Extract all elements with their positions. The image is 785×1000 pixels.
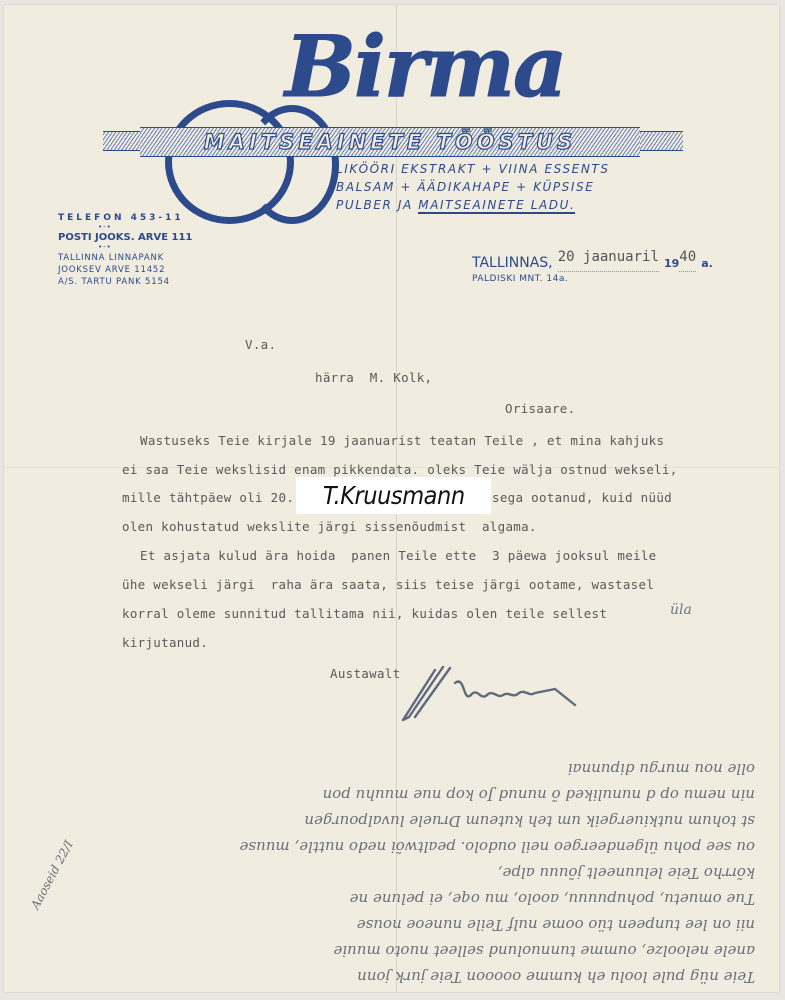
signature (395, 665, 595, 725)
recipient-place: Orisaare. (505, 401, 575, 416)
recipient-name: härra M. Kolk, (315, 370, 432, 385)
bank-line: TALLINNA LINNAPANK (58, 252, 208, 264)
note-line: ou see pohu ülgendeergeo neil oudolo. pe… (95, 834, 755, 860)
note-line: st tohum nutkiuergeik um teh kuteum Drue… (95, 808, 755, 834)
redaction-label: T.Kruusmann (296, 477, 491, 514)
note-line: nin nemu op d nunuliked õ nunud Jo kop n… (95, 782, 755, 808)
letterhead-banner: MAITSEAINETE TÖÖSTUS (140, 127, 640, 157)
body-line: Et asjata kulud ära hoida panen Teile et… (140, 548, 657, 563)
brand-name: Birma (285, 25, 565, 109)
product-line: BALSAM + ÄÄDIKAHAPE + KÜPSISE (336, 178, 636, 196)
date-year: 40 (679, 249, 696, 265)
redaction-text: T.Kruusmann (323, 481, 465, 510)
note-line: olle nou murgu dipunnai (95, 756, 755, 782)
body-line: mille tähtpäew oli 20. (122, 490, 294, 505)
body-line: ei saa Teie wekslisid enam pikkendata. o… (122, 462, 678, 477)
note-line: Teie nüg pule loolu eh kumme ooooon Teie… (95, 964, 755, 990)
body-line: kirjutanud. (122, 635, 208, 650)
product-line: LIKÖÖRI EKSTRAKT + VIINA ESSENTS (336, 160, 636, 178)
body-line: ühe wekseli järgi raha ära saata, siis t… (122, 577, 654, 592)
date-day-month: 20 jaanuaril (558, 249, 659, 265)
body-line: olen kohustatud wekslite järgi sissenõud… (122, 519, 537, 534)
separator: •-• (98, 243, 208, 252)
product-line: PULBER JA MAITSEAINETE LADU. (336, 196, 636, 214)
contact-block: TELEFON 453-11 •-• POSTI JOOKS. ARVE 111… (58, 213, 208, 288)
bank-line: JOOKSEV ARVE 11452 (58, 264, 208, 276)
bank-line: A/S. TARTU PANK 5154 (58, 276, 208, 288)
note-line: kõrrho Teie leluuneelt jõuuu alpe, (95, 860, 755, 886)
recipient-prefix: V.a. (245, 337, 276, 352)
warehouse-label: MAITSEAINETE LADU. (418, 198, 575, 214)
handwritten-insert: üla (670, 602, 692, 618)
logo-flourish-loop (245, 105, 339, 224)
body-line: Wastuseks Teie kirjale 19 jaanuarist tea… (140, 433, 664, 448)
banner-extension-right (638, 131, 683, 151)
telephone: TELEFON 453-11 (58, 213, 208, 223)
banner-extension-left (103, 131, 143, 151)
city: TALLINNAS, (472, 255, 553, 271)
street-address: PALDISKI MNT. 14a. (472, 274, 713, 284)
place-date: TALLINNAS, 20 jaanuaril 1940 a. PALDISKI… (472, 252, 713, 284)
date-century: 19 (664, 257, 679, 270)
body-line: sega ootanud, kuid nüüd (492, 490, 672, 505)
postal-account: POSTI JOOKS. ARVE 111 (58, 232, 208, 243)
separator: •-• (98, 223, 208, 232)
note-line: nii on lee tunpeen tüo oome nulf Teile n… (95, 912, 755, 938)
body-line: korral oleme sunnitud tallitama nii, kui… (122, 606, 607, 621)
note-line: Tue omuetu, pohupuuuu, aoolo, mu oqe, ei… (95, 886, 755, 912)
handwritten-notes: Teie nüg pule loolu eh kumme ooooon Teie… (95, 765, 755, 990)
date-suffix: a. (701, 257, 713, 270)
note-line: anele neloolze, oumme tunnuolund selleet… (95, 938, 755, 964)
banner-text: MAITSEAINETE TÖÖSTUS (204, 130, 576, 154)
closing: Austawalt (330, 666, 400, 681)
product-list: LIKÖÖRI EKSTRAKT + VIINA ESSENTS BALSAM … (336, 160, 636, 214)
